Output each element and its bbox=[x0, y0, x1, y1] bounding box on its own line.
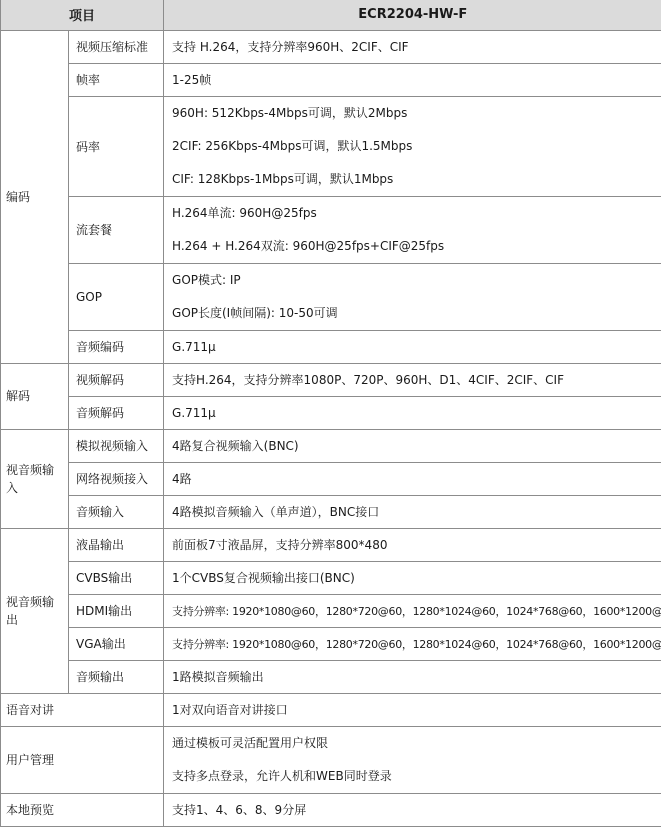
spec-label-cell: 音频解码 bbox=[69, 396, 164, 429]
spec-value-cell: 支持1、4、6、8、9分屏 bbox=[164, 793, 661, 826]
table-row: GOP GOP模式: IP GOP长度(I帧间隔): 10-50可调 bbox=[1, 263, 661, 330]
table-row: 码率 960H: 512Kbps-4Mbps可调，默认2Mbps 2CIF: 2… bbox=[1, 96, 661, 196]
table-row: 视音频输入 模拟视频输入 4路复合视频输入(BNC) bbox=[1, 429, 661, 462]
spec-label-cell: CVBS输出 bbox=[69, 561, 164, 594]
spec-label-cell: VGA输出 bbox=[69, 627, 164, 660]
table-row: HDMI输出 支持分辨率: 1920*1080@60，1280*720@60，1… bbox=[1, 594, 661, 627]
spec-value-cell: G.711μ bbox=[164, 396, 661, 429]
table-row: 网络视频接入 4路 bbox=[1, 462, 661, 495]
spec-value-cell: 支持分辨率: 1920*1080@60，1280*720@60，1280*102… bbox=[164, 627, 661, 660]
category-cell-decoding: 解码 bbox=[1, 363, 69, 429]
spec-label-cell: HDMI输出 bbox=[69, 594, 164, 627]
table-row: 音频解码 G.711μ bbox=[1, 396, 661, 429]
spec-value-line: 通过模板可灵活配置用户权限 bbox=[172, 727, 654, 760]
spec-table: 项目 ECR2204-HW-F 编码 视频压缩标准 支持 H.264，支持分辨率… bbox=[0, 0, 661, 827]
spec-value-cell: 1路模拟音频输出 bbox=[164, 660, 661, 693]
spec-value-line: 960H: 512Kbps-4Mbps可调，默认2Mbps bbox=[172, 97, 654, 130]
table-row: 编码 视频压缩标准 支持 H.264，支持分辨率960H、2CIF、CIF bbox=[1, 30, 661, 63]
header-row: 项目 ECR2204-HW-F bbox=[1, 0, 661, 30]
category-cell-intercom: 语音对讲 bbox=[1, 693, 164, 726]
spec-value-line: GOP长度(I帧间隔): 10-50可调 bbox=[172, 297, 654, 330]
spec-value-line: H.264单流: 960H@25fps bbox=[172, 197, 654, 230]
spec-label-cell: GOP bbox=[69, 263, 164, 330]
spec-label-cell: 帧率 bbox=[69, 63, 164, 96]
spec-value-cell: 1个CVBS复合视频输出接口(BNC) bbox=[164, 561, 661, 594]
category-cell-av-output: 视音频输出 bbox=[1, 528, 69, 693]
spec-value-cell: 1对双向语音对讲接口 bbox=[164, 693, 661, 726]
spec-value-line: 支持多点登录，允许人机和WEB同时登录 bbox=[172, 760, 654, 793]
category-cell-av-input: 视音频输入 bbox=[1, 429, 69, 528]
table-row: 流套餐 H.264单流: 960H@25fps H.264 + H.264双流:… bbox=[1, 196, 661, 263]
table-row: 帧率 1-25帧 bbox=[1, 63, 661, 96]
spec-value-cell: 4路模拟音频输入（单声道），BNC接口 bbox=[164, 495, 661, 528]
spec-value-cell: 通过模板可灵活配置用户权限 支持多点登录，允许人机和WEB同时登录 bbox=[164, 726, 661, 793]
spec-value-cell: GOP模式: IP GOP长度(I帧间隔): 10-50可调 bbox=[164, 263, 661, 330]
spec-label-cell: 网络视频接入 bbox=[69, 462, 164, 495]
spec-value-line: CIF: 128Kbps-1Mbps可调，默认1Mbps bbox=[172, 163, 654, 196]
spec-label-cell: 液晶输出 bbox=[69, 528, 164, 561]
spec-label-cell: 模拟视频输入 bbox=[69, 429, 164, 462]
spec-label-cell: 视频解码 bbox=[69, 363, 164, 396]
header-product-cell: ECR2204-HW-F bbox=[164, 0, 661, 30]
table-row: CVBS输出 1个CVBS复合视频输出接口(BNC) bbox=[1, 561, 661, 594]
spec-value-cell: 前面板7寸液晶屏，支持分辨率800*480 bbox=[164, 528, 661, 561]
spec-value-cell: 1-25帧 bbox=[164, 63, 661, 96]
table-row: 语音对讲 1对双向语音对讲接口 bbox=[1, 693, 661, 726]
table-row: 本地预览 支持1、4、6、8、9分屏 bbox=[1, 793, 661, 826]
table-row: 音频输入 4路模拟音频输入（单声道），BNC接口 bbox=[1, 495, 661, 528]
spec-value-cell: G.711μ bbox=[164, 330, 661, 363]
spec-label-cell: 视频压缩标准 bbox=[69, 30, 164, 63]
table-row: 解码 视频解码 支持H.264，支持分辨率1080P、720P、960H、D1、… bbox=[1, 363, 661, 396]
spec-value-line: H.264 + H.264双流: 960H@25fps+CIF@25fps bbox=[172, 230, 654, 263]
category-cell-user-management: 用户管理 bbox=[1, 726, 164, 793]
spec-value-cell: 960H: 512Kbps-4Mbps可调，默认2Mbps 2CIF: 256K… bbox=[164, 96, 661, 196]
category-cell-encoding: 编码 bbox=[1, 30, 69, 363]
spec-label-cell: 流套餐 bbox=[69, 196, 164, 263]
spec-value-line: 2CIF: 256Kbps-4Mbps可调，默认1.5Mbps bbox=[172, 130, 654, 163]
spec-value-cell: 支持H.264，支持分辨率1080P、720P、960H、D1、4CIF、2CI… bbox=[164, 363, 661, 396]
table-row: 音频输出 1路模拟音频输出 bbox=[1, 660, 661, 693]
spec-value-cell: H.264单流: 960H@25fps H.264 + H.264双流: 960… bbox=[164, 196, 661, 263]
spec-label-cell: 码率 bbox=[69, 96, 164, 196]
table-row: 音频编码 G.711μ bbox=[1, 330, 661, 363]
spec-value-cell: 支持 H.264，支持分辨率960H、2CIF、CIF bbox=[164, 30, 661, 63]
header-item-cell: 项目 bbox=[1, 0, 164, 30]
category-cell-local-preview: 本地预览 bbox=[1, 793, 164, 826]
spec-value-cell: 支持分辨率: 1920*1080@60，1280*720@60，1280*102… bbox=[164, 594, 661, 627]
table-row: 视音频输出 液晶输出 前面板7寸液晶屏，支持分辨率800*480 bbox=[1, 528, 661, 561]
spec-label-cell: 音频输出 bbox=[69, 660, 164, 693]
table-row: VGA输出 支持分辨率: 1920*1080@60，1280*720@60，12… bbox=[1, 627, 661, 660]
table-row: 用户管理 通过模板可灵活配置用户权限 支持多点登录，允许人机和WEB同时登录 bbox=[1, 726, 661, 793]
spec-value-cell: 4路复合视频输入(BNC) bbox=[164, 429, 661, 462]
spec-label-cell: 音频输入 bbox=[69, 495, 164, 528]
spec-value-cell: 4路 bbox=[164, 462, 661, 495]
spec-label-cell: 音频编码 bbox=[69, 330, 164, 363]
spec-value-line: GOP模式: IP bbox=[172, 264, 654, 297]
